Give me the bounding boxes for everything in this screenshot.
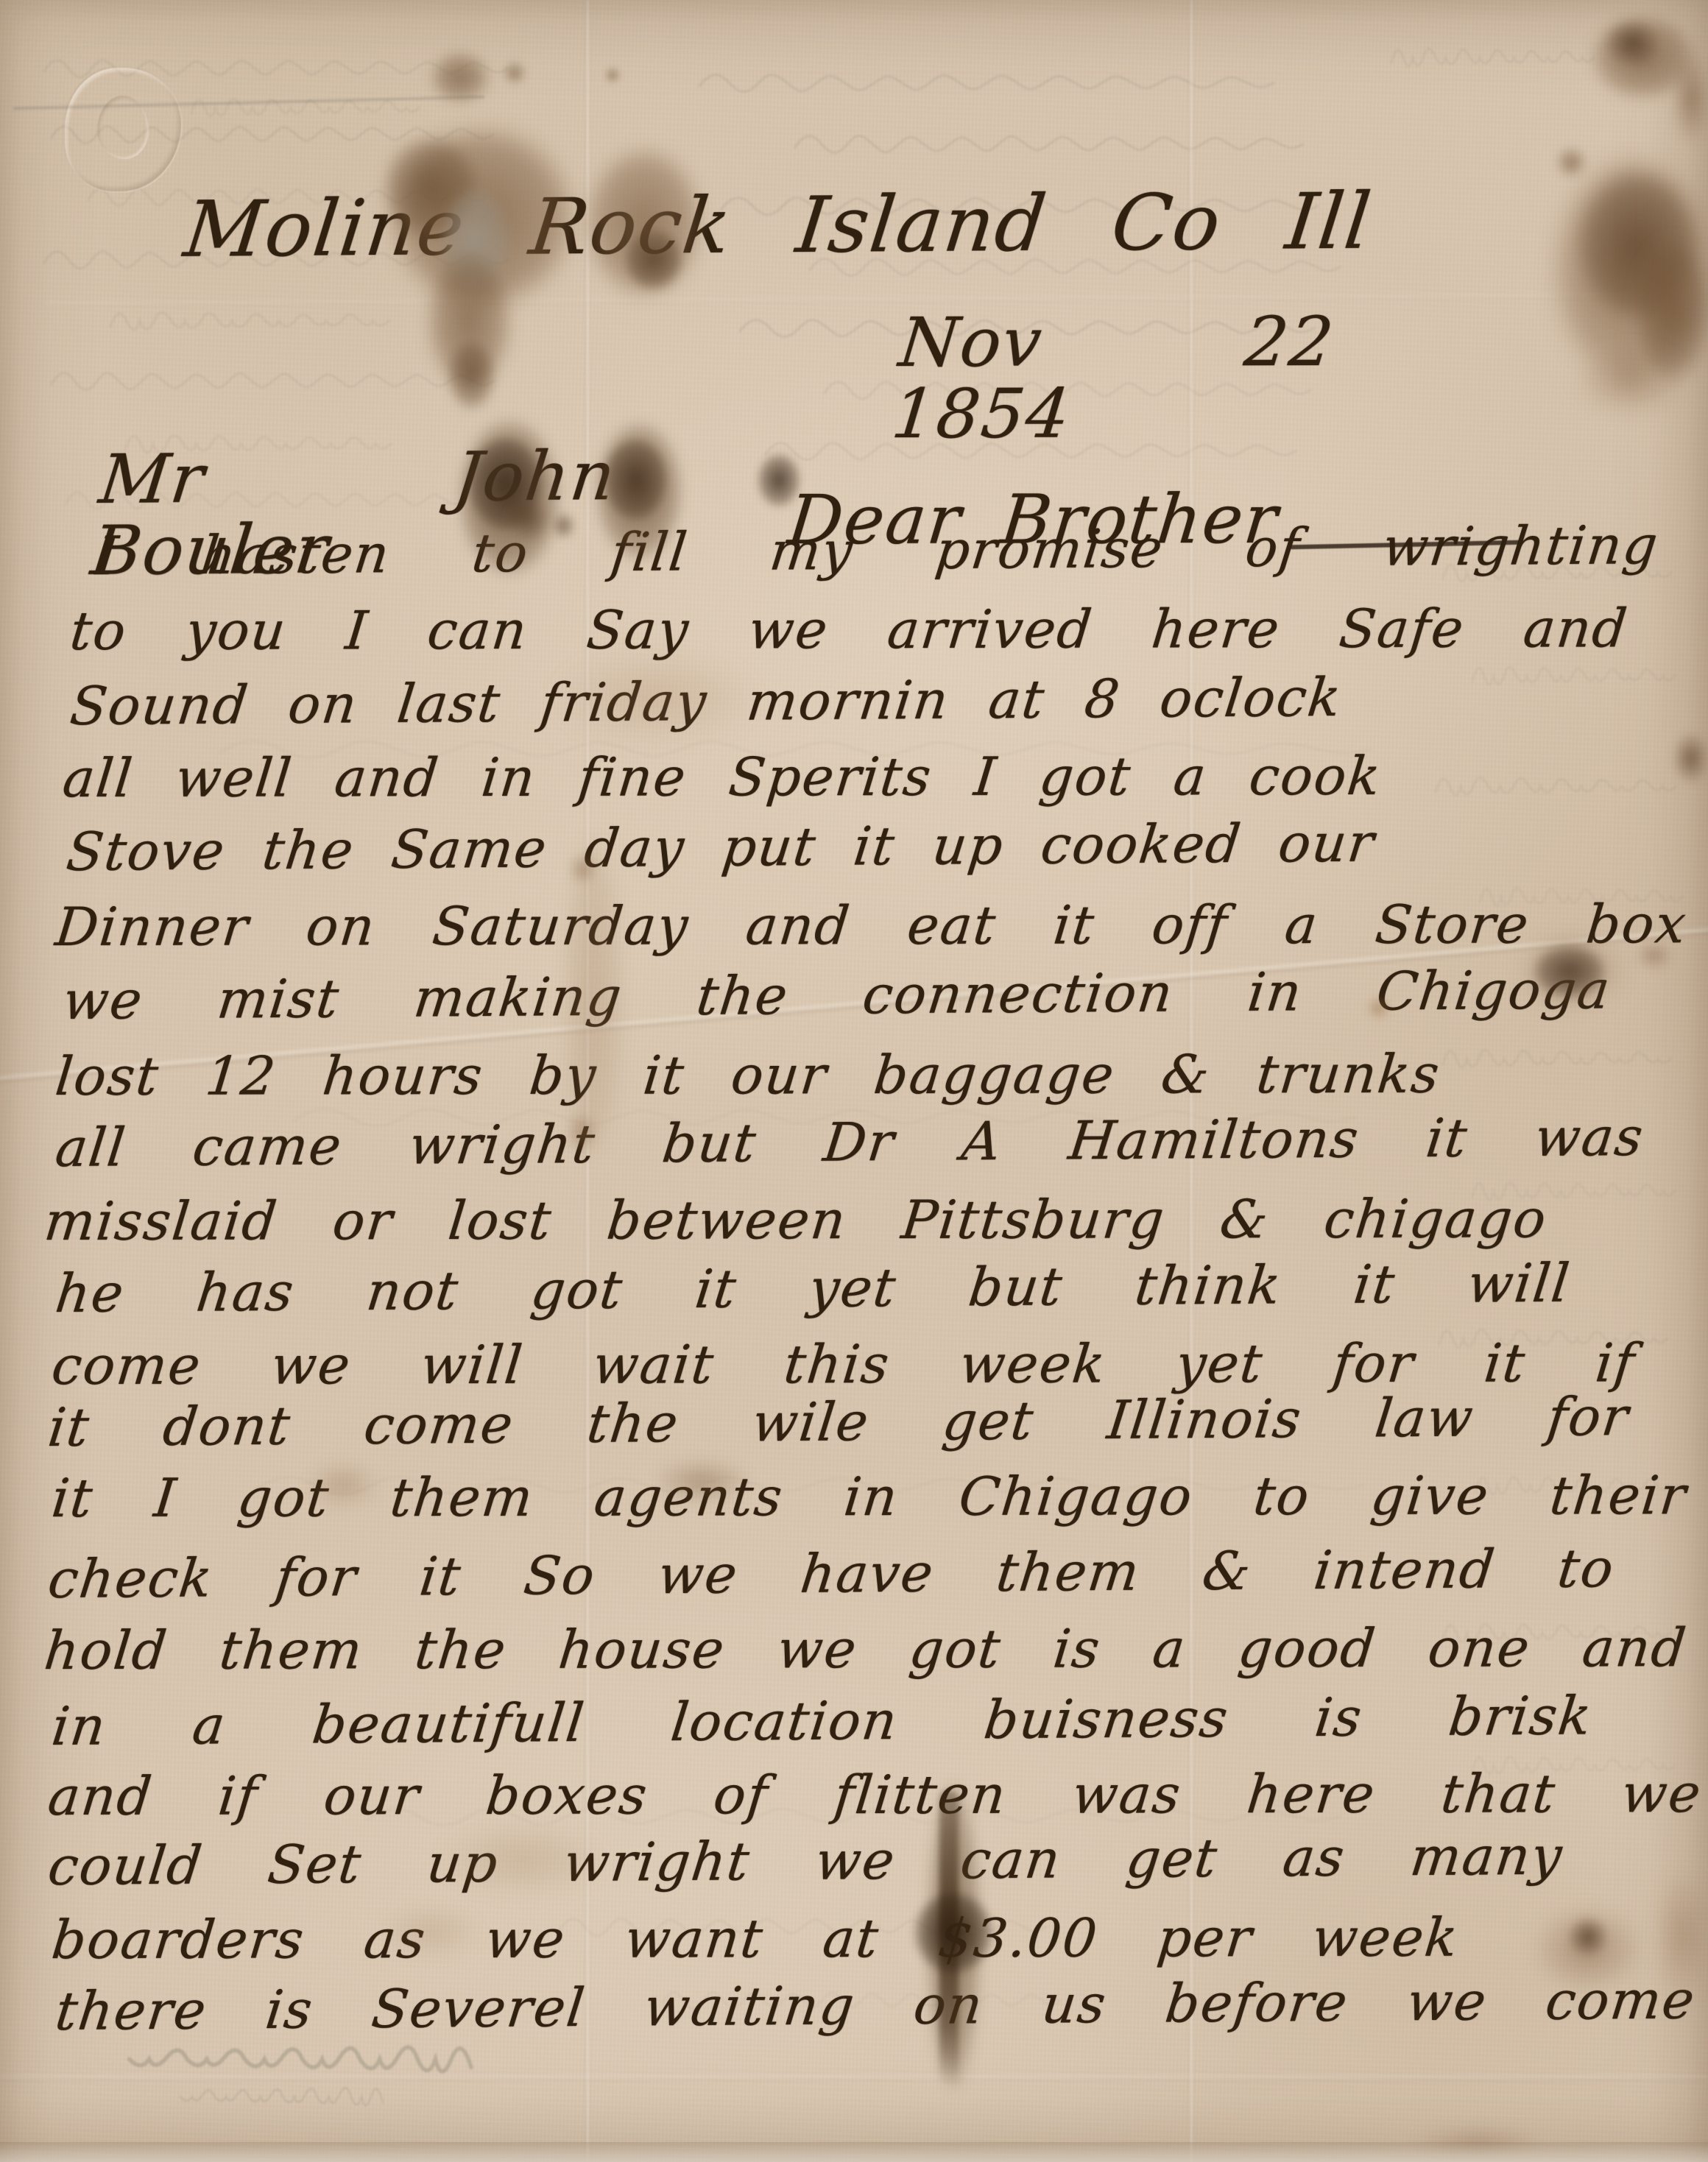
letter-line: in a beautifull location buisness is bri… — [49, 1688, 1595, 1754]
letter-line: lost 12 hours by it our baggage & trunks — [53, 1047, 1443, 1105]
letter-line: come we will wait this week yet for it i… — [49, 1335, 1638, 1393]
letter-line: all well and in fine Sperits I got a coo… — [60, 749, 1384, 807]
ink-stain — [1575, 346, 1686, 416]
letter-line: there is Severel waiting on us before we… — [52, 1972, 1698, 2039]
ink-stain — [1577, 169, 1698, 320]
letter-line: I hasten to fill my promise of wrighting — [93, 517, 1662, 584]
ink-stain — [1673, 732, 1708, 784]
embossed-seal — [65, 68, 181, 191]
ink-stain — [431, 52, 490, 103]
letter-line: he has not got it yet but think it will — [52, 1256, 1573, 1322]
letter-line: boarders as we want at $3.00 per week — [49, 1910, 1461, 1968]
letter-line: to you I can Say we arrived here Safe an… — [68, 601, 1631, 659]
ink-stain — [502, 60, 527, 85]
ink-stain — [448, 340, 495, 410]
letter-line: Sound on last friday mornin at 8 oclock — [67, 670, 1344, 735]
ink-stain — [1673, 52, 1708, 144]
ink-stain — [1567, 1915, 1609, 1958]
scanned-letter-page: Moline Rock Island Co Ill Nov 22 1854 Mr… — [0, 0, 1708, 2162]
letter-line: and if our boxes of flitten was here tha… — [46, 1766, 1704, 1825]
scan-bottom-edge — [0, 2142, 1708, 2162]
ink-stain — [1605, 19, 1660, 67]
letter-line: could Set up wright we can get as many — [45, 1829, 1565, 1895]
ink-stain — [1636, 239, 1708, 383]
letter-place-line: Moline Rock Island Co Ill — [180, 181, 1376, 270]
ink-stain — [1555, 146, 1588, 179]
fold-crease-horizontal-lower — [0, 2074, 1708, 2081]
ink-stain — [1552, 155, 1708, 386]
letter-line: Stove the Same day put it up cooked our — [63, 816, 1377, 880]
fold-crease-horizontal-upper — [44, 293, 1664, 307]
ink-stain — [1592, 15, 1695, 99]
letter-line: all came wright but Dr A Hamiltons it wa… — [52, 1109, 1647, 1176]
embossed-seal-motif — [97, 96, 149, 159]
ink-stain — [604, 66, 621, 84]
letter-line: it I got them agents in Chigago to give … — [49, 1468, 1690, 1526]
letter-line: hold them the house we got is a good one… — [42, 1620, 1690, 1678]
letter-line: it dont come the wile get Illinois law f… — [45, 1389, 1632, 1456]
letter-line: Dinner on Saturday and eat it off a Stor… — [53, 897, 1690, 955]
letter-date-line: Nov 22 1854 — [889, 307, 1338, 450]
edge-smudge — [1415, 2127, 1540, 2161]
letter-line: check for it So we have them & intend to — [45, 1541, 1617, 1607]
letter-line: misslaid or lost between Pittsburg & chi… — [42, 1191, 1550, 1249]
letter-line: we mist making the connection in Chigoga — [60, 962, 1614, 1028]
